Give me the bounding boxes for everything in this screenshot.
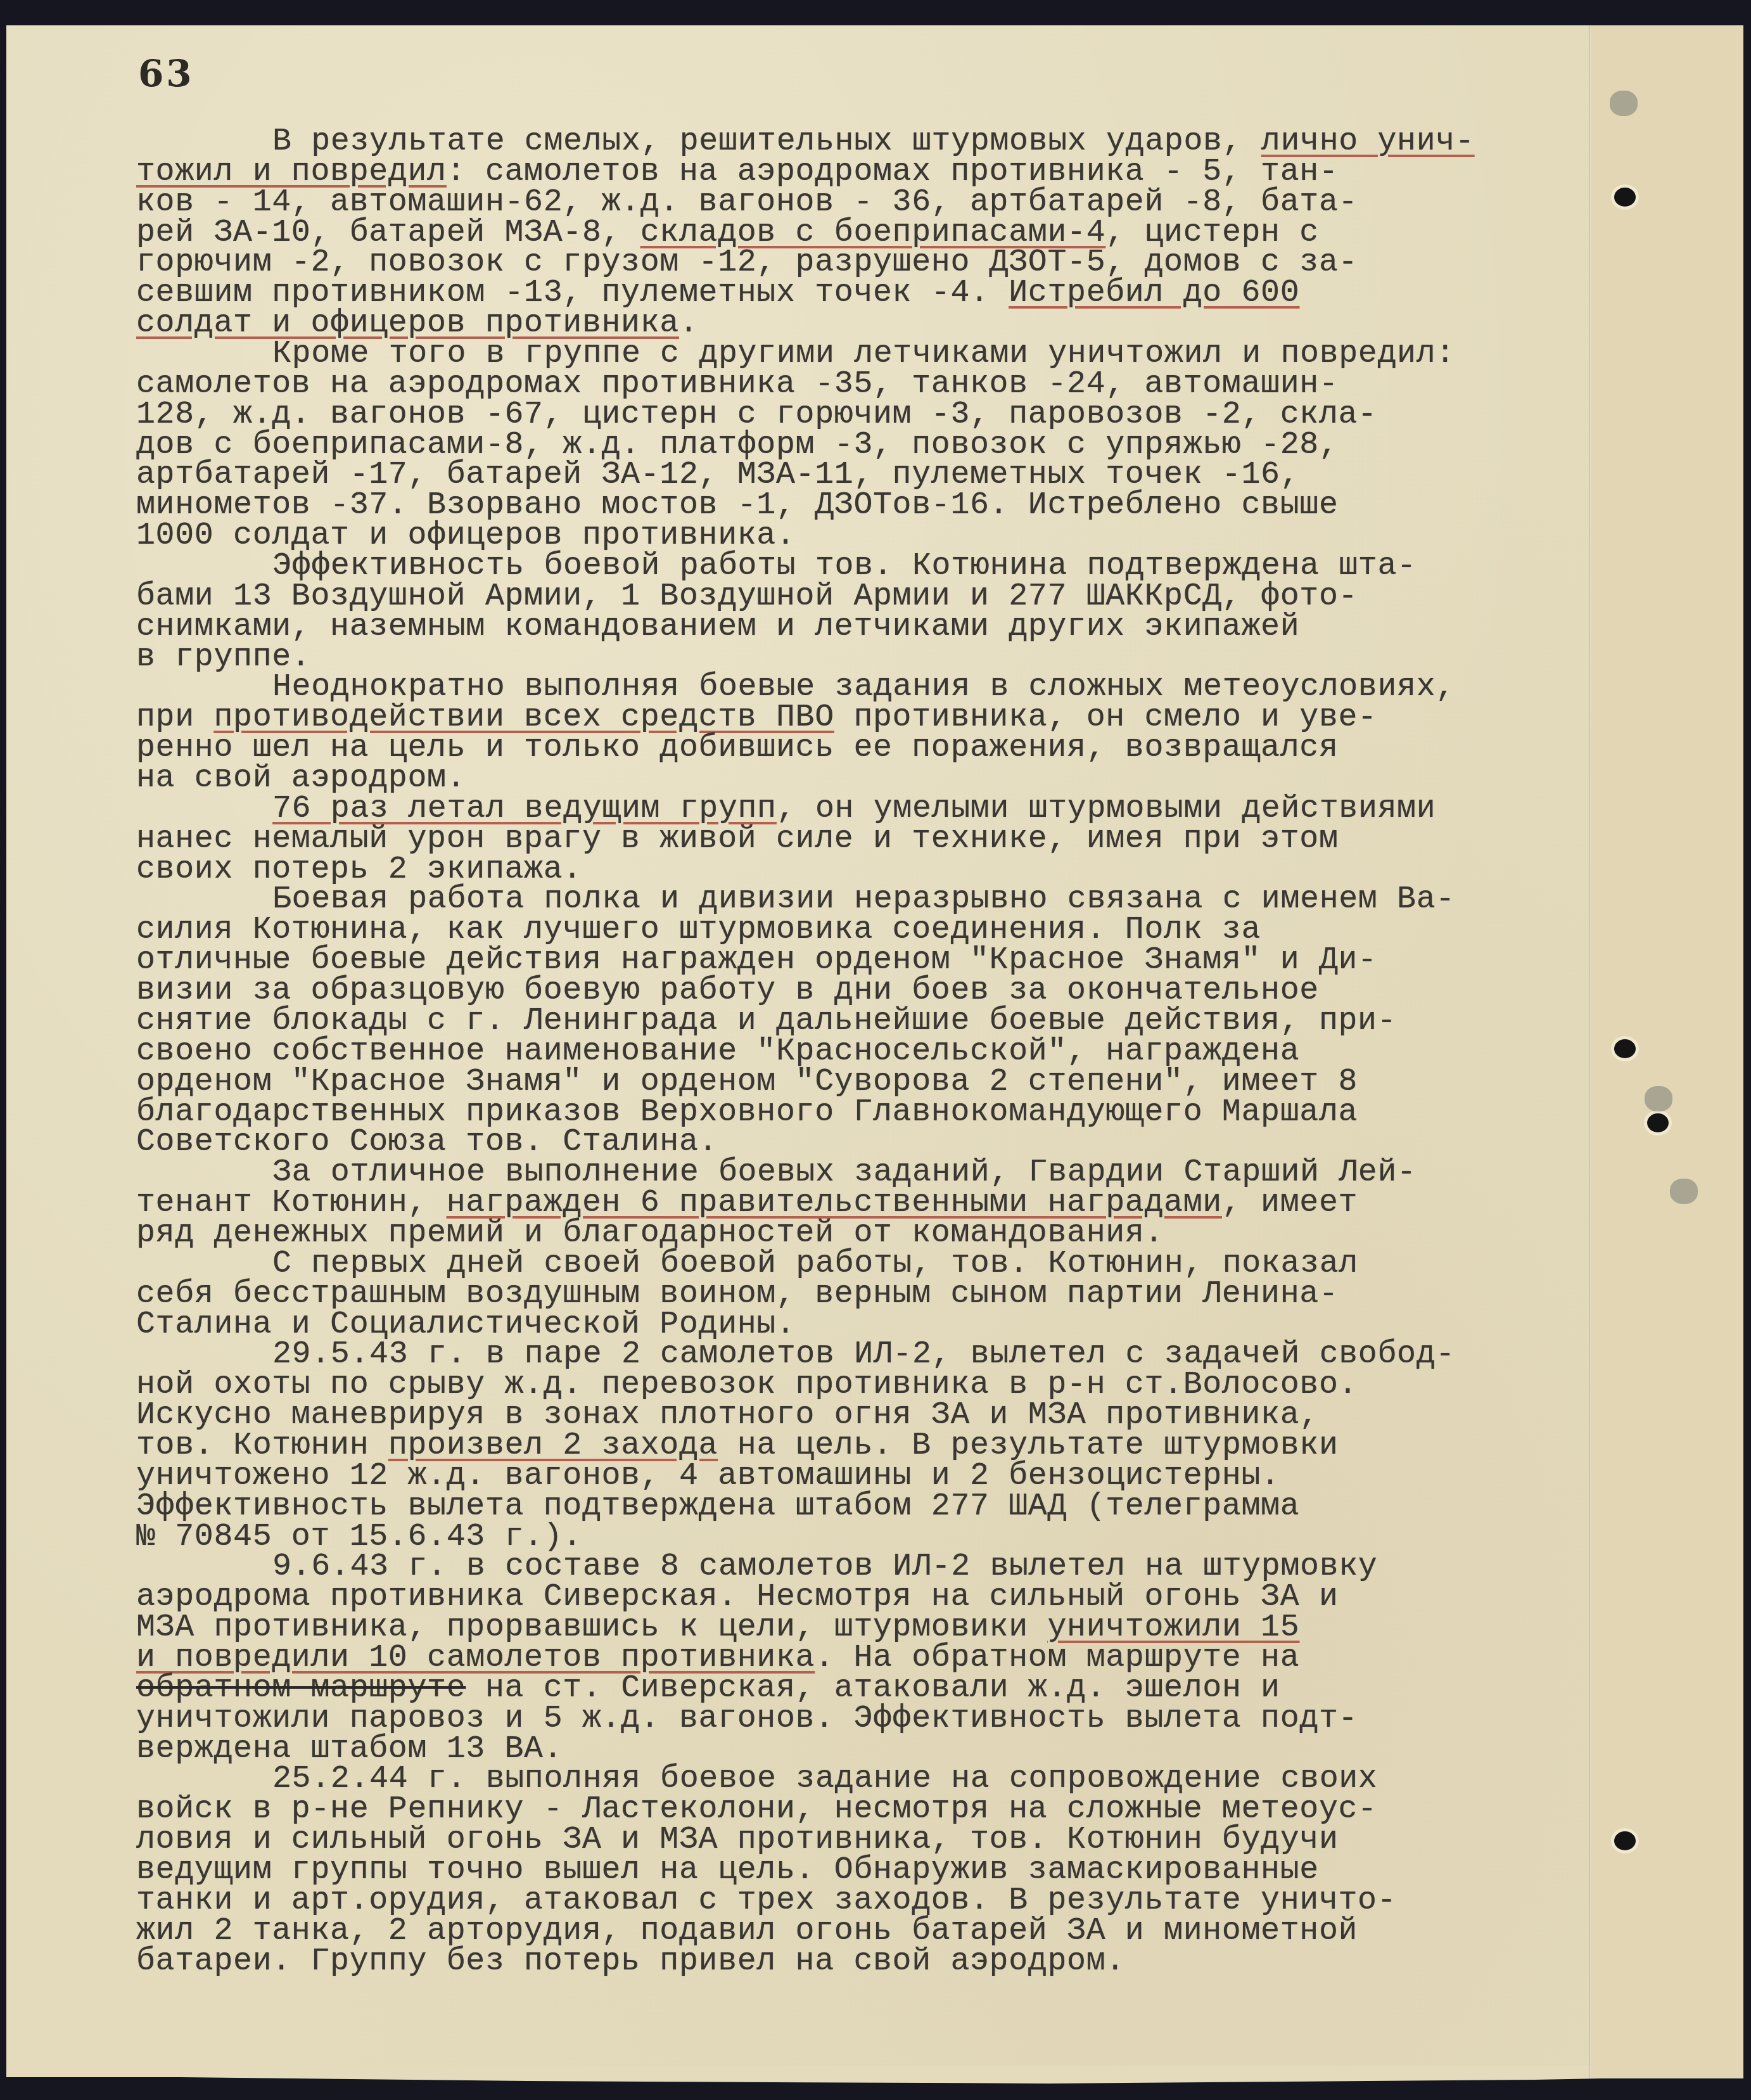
ink-stain xyxy=(1645,1086,1672,1111)
text-line: ков - 14, автомашин-62, ж.д. вагонов - 3… xyxy=(136,188,1587,218)
text-line: Советского Союза тов. Сталина. xyxy=(136,1127,1587,1158)
text-line: За отличное выполнение боевых заданий, Г… xyxy=(136,1158,1587,1188)
text-line: артбатарей -17, батарей ЗА-12, МЗА-11, п… xyxy=(136,460,1587,490)
text-line: минометов -37. Взорвано мостов -1, ДЗОТо… xyxy=(136,490,1587,521)
text-line: 9.6.43 г. в составе 8 самолетов ИЛ-2 выл… xyxy=(136,1552,1587,1582)
text-line: бами 13 Воздушной Армии, 1 Воздушной Арм… xyxy=(136,582,1587,612)
text-line: тов. Котюнин произвел 2 захода на цель. … xyxy=(136,1431,1587,1461)
text-line: отличные боевые действия награжден орден… xyxy=(136,945,1587,976)
text-line: своено собственное наименование "Краснос… xyxy=(136,1037,1587,1067)
text-line: уничтожили паровоз и 5 ж.д. вагонов. Эфф… xyxy=(136,1704,1587,1734)
text-line: и повредили 10 самолетов противника. На … xyxy=(136,1643,1587,1674)
text-line: Эффективность боевой работы тов. Котюнин… xyxy=(136,551,1587,582)
text-line: в группе. xyxy=(136,643,1587,673)
text-line: самолетов на аэродромах противника -35, … xyxy=(136,369,1587,400)
text-line: тенант Котюнин, награжден 6 правительств… xyxy=(136,1188,1587,1219)
typed-document-body: В результате смелых, решительных штурмов… xyxy=(136,127,1587,1976)
text-line: снятие блокады с г. Ленинграда и дальней… xyxy=(136,1006,1587,1037)
text-line: дов с боеприпасами-8, ж.д. платформ -3, … xyxy=(136,430,1587,461)
text-line: ной охоты по срыву ж.д. перевозок против… xyxy=(136,1370,1587,1400)
punch-hole xyxy=(1614,1831,1636,1850)
text-line: С первых дней своей боевой работы, тов. … xyxy=(136,1249,1587,1279)
text-line: горючим -2, повозок с грузом -12, разруш… xyxy=(136,248,1587,278)
text-line: нанес немалый урон врагу в живой силе и … xyxy=(136,824,1587,855)
text-line: Сталина и Социалистической Родины. xyxy=(136,1310,1587,1340)
text-segment: батареи. Группу без потерь привел на сво… xyxy=(136,1943,1125,1980)
text-line: Неоднократно выполняя боевые задания в с… xyxy=(136,672,1587,703)
text-line: войск в р-не Репнику - Ластеколони, несм… xyxy=(136,1795,1587,1825)
text-line: 76 раз летал ведущим групп, он умелыми ш… xyxy=(136,794,1587,824)
text-line: аэродрома противника Сиверская. Несмотря… xyxy=(136,1582,1587,1613)
text-line: жил 2 танка, 2 арторудия, подавил огонь … xyxy=(136,1916,1587,1947)
red-pencil-underline: Истребил до 600 xyxy=(1009,275,1299,311)
text-line: своих потерь 2 экипажа. xyxy=(136,855,1587,885)
text-line: уничтожено 12 ж.д. вагонов, 4 автомашины… xyxy=(136,1461,1587,1492)
text-line: орденом "Красное Знамя" и орденом "Сувор… xyxy=(136,1067,1587,1098)
text-line: Боевая работа полка и дивизии неразрывно… xyxy=(136,885,1587,915)
ink-stain xyxy=(1610,91,1638,116)
text-line: 29.5.43 г. в паре 2 самолетов ИЛ-2, выле… xyxy=(136,1340,1587,1370)
fold-line xyxy=(1589,25,1591,2078)
text-line: 128, ж.д. вагонов -67, цистерн с горючим… xyxy=(136,400,1587,430)
text-line: № 70845 от 15.6.43 г.). xyxy=(136,1522,1587,1553)
text-line: ряд денежных премий и благодарностей от … xyxy=(136,1219,1587,1249)
binding-margin xyxy=(1591,25,1743,2078)
ink-stain xyxy=(1670,1179,1698,1204)
text-line: на свой аэродром. xyxy=(136,764,1587,794)
text-line: тожил и повредил: самолетов на аэродрома… xyxy=(136,157,1587,188)
text-line: Кроме того в группе с другими летчиками … xyxy=(136,339,1587,369)
page-number: 63 xyxy=(138,52,194,95)
text-line: при противодействии всех средств ПВО про… xyxy=(136,703,1587,733)
punch-hole xyxy=(1614,188,1636,207)
text-line: ведущим группы точно вышел на цель. Обна… xyxy=(136,1855,1587,1886)
text-line: Эффективность вылета подтверждена штабом… xyxy=(136,1492,1587,1522)
text-line: благодарственных приказов Верховного Гла… xyxy=(136,1098,1587,1128)
page-bottom-edge xyxy=(6,2066,1743,2091)
text-line: рей ЗА-10, батарей МЗА-8, складов с боеп… xyxy=(136,218,1587,248)
text-line: обратном маршруте на ст. Сиверская, атак… xyxy=(136,1674,1587,1704)
text-line: силия Котюнина, как лучшего штурмовика с… xyxy=(136,915,1587,945)
text-line: ловия и сильный огонь ЗА и МЗА противник… xyxy=(136,1825,1587,1855)
text-line: В результате смелых, решительных штурмов… xyxy=(136,127,1587,157)
text-line: себя бесстрашным воздушным воином, верны… xyxy=(136,1279,1587,1310)
text-segment: , имеет xyxy=(1222,1185,1358,1221)
punch-hole xyxy=(1647,1113,1669,1132)
text-line: ренно шел на цель и только добившись ее … xyxy=(136,733,1587,764)
text-line: солдат и офицеров противника. xyxy=(136,309,1587,339)
punch-hole xyxy=(1614,1039,1636,1058)
text-line: 1000 солдат и офицеров противника. xyxy=(136,521,1587,551)
text-line: 25.2.44 г. выполняя боевое задание на со… xyxy=(136,1764,1587,1795)
text-line: севшим противником -13, пулеметных точек… xyxy=(136,278,1587,309)
text-line: МЗА противника, прорвавшись к цели, штур… xyxy=(136,1613,1587,1643)
text-line: Искусно маневрируя в зонах плотного огня… xyxy=(136,1400,1587,1431)
text-line: батареи. Группу без потерь привел на сво… xyxy=(136,1947,1587,1977)
text-line: снимками, наземным командованием и летчи… xyxy=(136,612,1587,643)
text-line: верждена штабом 13 ВА. xyxy=(136,1734,1587,1765)
text-line: танки и арт.орудия, атаковал с трех захо… xyxy=(136,1886,1587,1916)
text-line: визии за образцовую боевую работу в дни … xyxy=(136,976,1587,1006)
